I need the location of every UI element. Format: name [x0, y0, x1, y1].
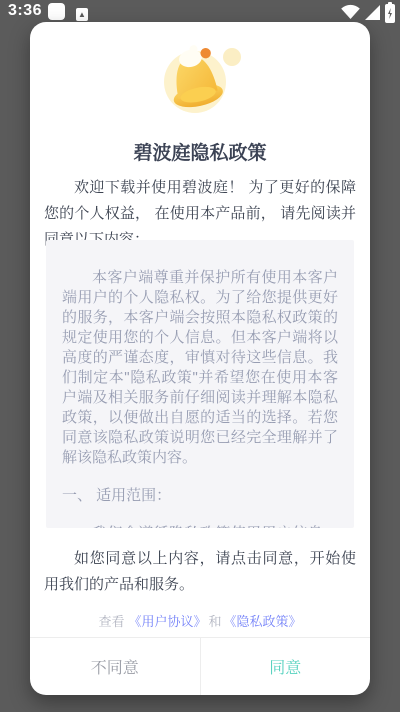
policy-paragraph-1: 本客户端尊重并保护所有使用本客户端用户的个人隐私权。为了给您提供更好的服务，本客… — [62, 268, 338, 468]
battery-charging-icon — [384, 2, 396, 23]
links-conjunction: 和 — [209, 614, 222, 629]
cellular-signal-icon — [364, 4, 381, 21]
disagree-button[interactable]: 不同意 — [30, 638, 200, 695]
dialog-title: 碧波庭隐私政策 — [30, 138, 370, 165]
policy-paragraph-2: 我们会遵循隐私政策使用用户信息，但不会 — [62, 524, 338, 528]
dialog-button-row: 不同意 同意 — [30, 637, 370, 695]
links-prefix: 查看 — [98, 614, 124, 629]
agree-button[interactable]: 同意 — [200, 638, 371, 695]
wifi-icon — [340, 4, 361, 21]
consent-text: 如您同意以上内容，请点击同意，开始使用我们的产品和服务。 — [44, 546, 356, 598]
status-bar-right-icons — [340, 0, 396, 24]
notification-app-icon — [48, 3, 65, 20]
agreement-links-line: 查看《用户协议》和《隐私政策》 — [30, 611, 370, 630]
clock-time: 3:36 — [8, 2, 42, 20]
user-agreement-link[interactable]: 《用户协议》 — [128, 614, 206, 629]
policy-scroll-box[interactable]: 本客户端尊重并保护所有使用本客户端用户的个人隐私权。为了给您提供更好的服务，本客… — [46, 240, 354, 528]
policy-section-heading: 一、 适用范围： — [62, 486, 338, 506]
bell-app-logo-icon — [155, 44, 245, 114]
status-bar: 3:36 ▲ — [0, 0, 400, 24]
notification-triangle-icon: ▲ — [76, 8, 88, 21]
privacy-policy-link[interactable]: 《隐私政策》 — [224, 614, 302, 629]
privacy-policy-dialog: 碧波庭隐私政策 欢迎下载并使用碧波庭！ 为了更好的保障您的个人权益， 在使用本产… — [30, 22, 370, 695]
